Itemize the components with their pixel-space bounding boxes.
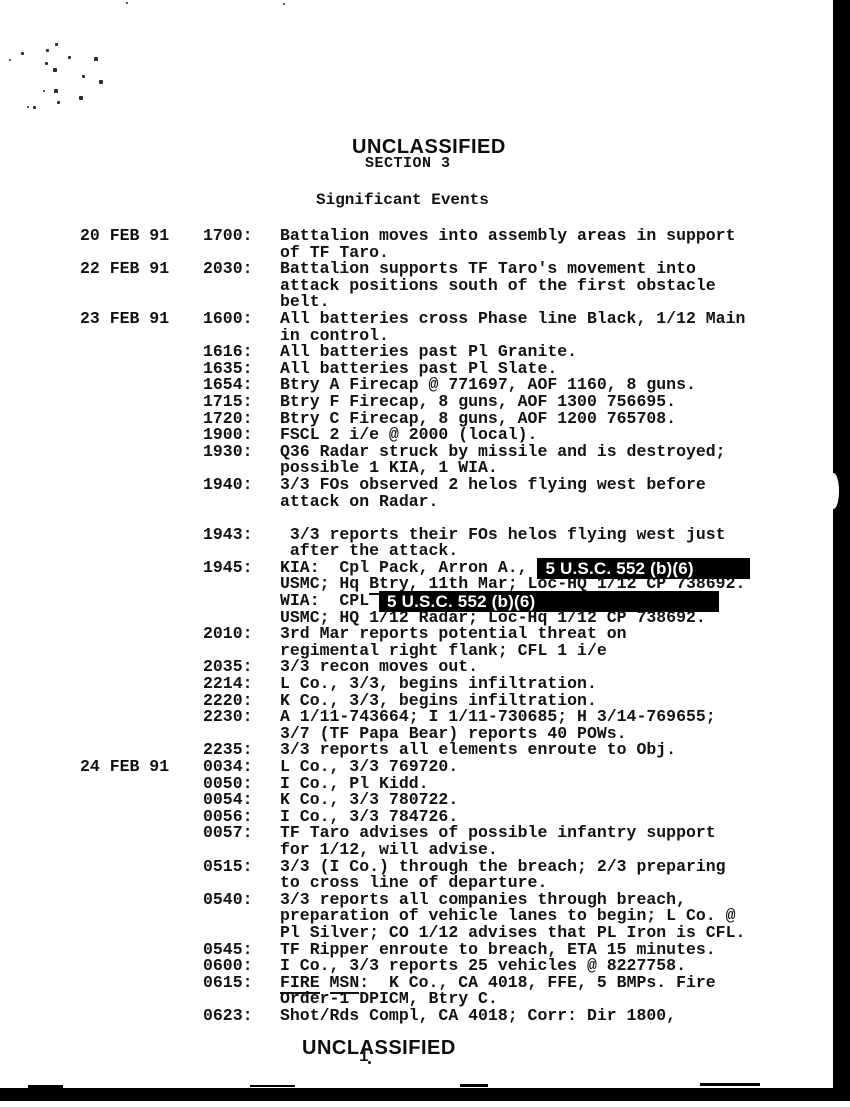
date-cell: [80, 427, 203, 444]
time-cell: 1945:: [203, 560, 280, 577]
time-cell: 1600:: [203, 311, 280, 328]
log-row: attack on Radar.: [80, 494, 780, 511]
date-cell: [80, 809, 203, 826]
time-cell: 0515:: [203, 859, 280, 876]
time-cell: 2230:: [203, 709, 280, 726]
time-cell: [203, 494, 280, 511]
log-row: 24 FEB 910034:L Co., 3/3 769720.: [80, 759, 780, 776]
speckle: [45, 62, 48, 65]
time-cell: 1940:: [203, 477, 280, 494]
date-cell: 24 FEB 91: [80, 759, 203, 776]
date-cell: [80, 477, 203, 494]
date-cell: [80, 875, 203, 892]
scan-dash: [460, 1084, 488, 1087]
event-text-cell: Shot/Rds Compl, CA 4018; Corr: Dir 1800,: [280, 1008, 780, 1025]
date-cell: [80, 460, 203, 477]
page-number: 1: [359, 1049, 369, 1065]
speckle: [27, 106, 29, 108]
speckle: [79, 96, 83, 100]
speckle: [68, 56, 71, 59]
date-cell: [80, 576, 203, 593]
speckle: [126, 2, 128, 4]
speckle: [283, 3, 285, 5]
date-cell: [80, 394, 203, 411]
date-cell: [80, 925, 203, 942]
date-cell: [80, 494, 203, 511]
date-cell: [80, 709, 203, 726]
event-log: 20 FEB 911700:Battalion moves into assem…: [80, 228, 780, 1025]
event-text-cell: attack on Radar.: [280, 494, 780, 511]
date-cell: 20 FEB 91: [80, 228, 203, 245]
section-heading: SECTION 3: [365, 156, 451, 171]
date-cell: [80, 643, 203, 660]
date-cell: [80, 543, 203, 560]
date-cell: [80, 726, 203, 743]
date-cell: 23 FEB 91: [80, 311, 203, 328]
date-cell: [80, 908, 203, 925]
time-cell: 0540:: [203, 892, 280, 909]
speckle: [9, 59, 11, 61]
speckle: [46, 49, 49, 52]
time-cell: 2010:: [203, 626, 280, 643]
date-cell: [80, 958, 203, 975]
time-cell: 1700:: [203, 228, 280, 245]
date-cell: [80, 626, 203, 643]
date-cell: [80, 377, 203, 394]
date-cell: [80, 975, 203, 992]
date-cell: [80, 593, 203, 610]
speckle: [21, 52, 24, 55]
date-cell: [80, 444, 203, 461]
scan-paper-notch: [828, 473, 839, 509]
speckle: [55, 43, 58, 46]
date-cell: [80, 560, 203, 577]
time-cell: [203, 908, 280, 925]
classification-footer: UNCLASSIFIED: [302, 1038, 456, 1058]
date-cell: [80, 825, 203, 842]
page: UNCLASSIFIED SECTION 3 Significant Event…: [0, 0, 850, 1107]
scan-edge-bottom: [0, 1088, 850, 1101]
date-cell: [80, 527, 203, 544]
text-segment: Shot/Rds Compl, CA 4018; Corr: Dir 1800,: [280, 1006, 676, 1025]
text-segment: attack on Radar.: [280, 492, 438, 511]
date-cell: [80, 942, 203, 959]
speckle: [54, 89, 58, 93]
speckle: [33, 106, 36, 109]
scan-dash: [700, 1083, 760, 1086]
document-title: Significant Events: [316, 192, 489, 208]
log-row: attack positions south of the first obst…: [80, 278, 780, 295]
time-cell: 2030:: [203, 261, 280, 278]
log-row: 0623:Shot/Rds Compl, CA 4018; Corr: Dir …: [80, 1008, 780, 1025]
date-cell: [80, 792, 203, 809]
speckle: [99, 80, 103, 84]
date-cell: [80, 610, 203, 627]
date-cell: [80, 859, 203, 876]
scan-edge-right: [833, 0, 850, 1096]
date-cell: [80, 892, 203, 909]
text-segment: attack positions south of the first obst…: [280, 276, 716, 295]
date-cell: [80, 411, 203, 428]
speckle: [53, 68, 57, 72]
time-cell: [203, 576, 280, 593]
speckle: [57, 101, 60, 104]
speckle: [94, 57, 98, 61]
date-cell: [80, 361, 203, 378]
log-row: 23 FEB 911600:All batteries cross Phase …: [80, 311, 780, 328]
time-cell: 0057:: [203, 825, 280, 842]
time-cell: 0623:: [203, 1008, 280, 1025]
time-cell: [203, 278, 280, 295]
date-cell: [80, 344, 203, 361]
date-cell: [80, 693, 203, 710]
date-cell: 22 FEB 91: [80, 261, 203, 278]
speckle: [43, 90, 45, 92]
date-cell: [80, 776, 203, 793]
log-row: 20 FEB 911700:Battalion moves into assem…: [80, 228, 780, 245]
date-cell: [80, 278, 203, 295]
speckle: [82, 75, 85, 78]
time-cell: [203, 593, 280, 610]
date-cell: [80, 842, 203, 859]
date-cell: [80, 1008, 203, 1025]
date-cell: [80, 659, 203, 676]
date-cell: [80, 328, 203, 345]
classification-header: UNCLASSIFIED: [352, 137, 506, 157]
scan-dash: [250, 1085, 295, 1087]
time-cell: 0615:: [203, 975, 280, 992]
time-cell: 1930:: [203, 444, 280, 461]
date-cell: [80, 991, 203, 1008]
time-cell: 1943:: [203, 527, 280, 544]
date-cell: [80, 676, 203, 693]
event-text-cell: attack positions south of the first obst…: [280, 278, 780, 295]
